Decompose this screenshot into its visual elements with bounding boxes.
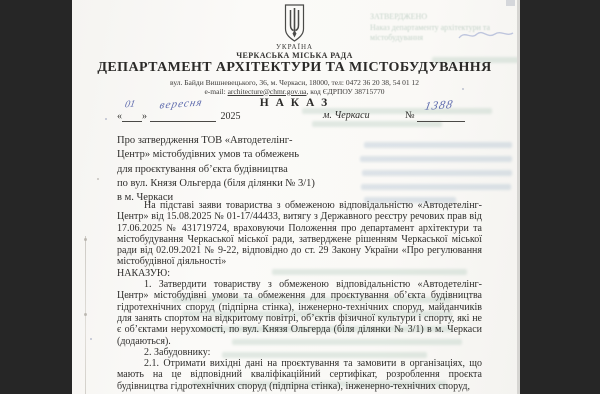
year: 2025 <box>221 111 241 122</box>
subject-line: Про затвердження ТОВ «Автодетелінг- <box>117 134 427 148</box>
council-name: ЧЕРКАСЬКА МІСЬКА РАДА <box>82 51 507 60</box>
scanned-document-view: ЗАТВЕРДЖЕНО Наказ департаменту архітекту… <box>0 0 600 394</box>
subject-line: Центр» містобудівних умов та обмежень <box>117 148 427 162</box>
crease-mark <box>84 313 87 316</box>
scan-speck <box>105 118 107 120</box>
handwritten-day: 01 <box>124 99 136 111</box>
email-line: e-mail: architecture@chmr.gov.ua, код ЄД… <box>82 87 507 96</box>
department-name: ДЕПАРТАМЕНТ АРХІТЕКТУРИ ТА МІСТОБУДУВАНН… <box>82 60 507 76</box>
scan-speck <box>97 178 99 180</box>
date-group: «01» вересня 2025 <box>117 110 241 122</box>
dateline-row: «01» вересня 2025 м. Черкаси № 1388 <box>117 110 482 128</box>
handwritten-month: вересня <box>158 97 203 112</box>
document-page: ЗАТВЕРДЖЕНО Наказ департаменту архітекту… <box>72 0 520 394</box>
number-sign: № <box>405 110 415 121</box>
number-blank: 1388 <box>417 110 465 122</box>
country-name: УКРАЇНА <box>82 43 507 51</box>
subject-line: по вул. Князя Ольгерда (біля ділянки № 3… <box>117 177 427 191</box>
address-line: вул. Байди Вишневецького, 36, м. Черкаси… <box>82 78 507 87</box>
order-item-2-1: 2.1. Отримати вихідні дані на проєктуван… <box>117 358 482 392</box>
order-body: На підставі заяви товариства з обмеженою… <box>117 200 482 392</box>
crease-mark <box>84 238 87 241</box>
ukraine-trident-emblem-icon <box>283 4 306 42</box>
email-label: e-mail: <box>204 87 227 96</box>
close-quote: » <box>142 111 147 122</box>
edrpou-code: , код ЄДРПОУ 38715770 <box>306 87 384 96</box>
subject-block: Про затвердження ТОВ «Автодетелінг- Цент… <box>117 134 427 205</box>
subject-line: для проєктування об’єкта будівництва <box>117 163 427 177</box>
intro-paragraph: На підставі заяви товариства з обмеженою… <box>117 200 482 268</box>
scan-corner-artifact <box>506 0 515 6</box>
order-item-2: 2. Забудовнику: <box>117 347 482 358</box>
month-blank: вересня <box>150 110 216 122</box>
scan-speck <box>90 338 92 340</box>
place-name: м. Черкаси <box>323 110 370 121</box>
order-item-1: 1. Затвердити товариству з обмеженою від… <box>117 279 482 347</box>
bleedthrough-approved-line1: ЗАТВЕРДЖЕНО <box>370 12 490 23</box>
day-blank: 01 <box>122 110 142 122</box>
bleedthrough-signature-scribble <box>457 28 515 42</box>
ordering-word: НАКАЗУЮ: <box>117 268 482 279</box>
handwritten-number: 1388 <box>423 97 454 114</box>
email-address: architecture@chmr.gov.ua <box>228 87 307 96</box>
